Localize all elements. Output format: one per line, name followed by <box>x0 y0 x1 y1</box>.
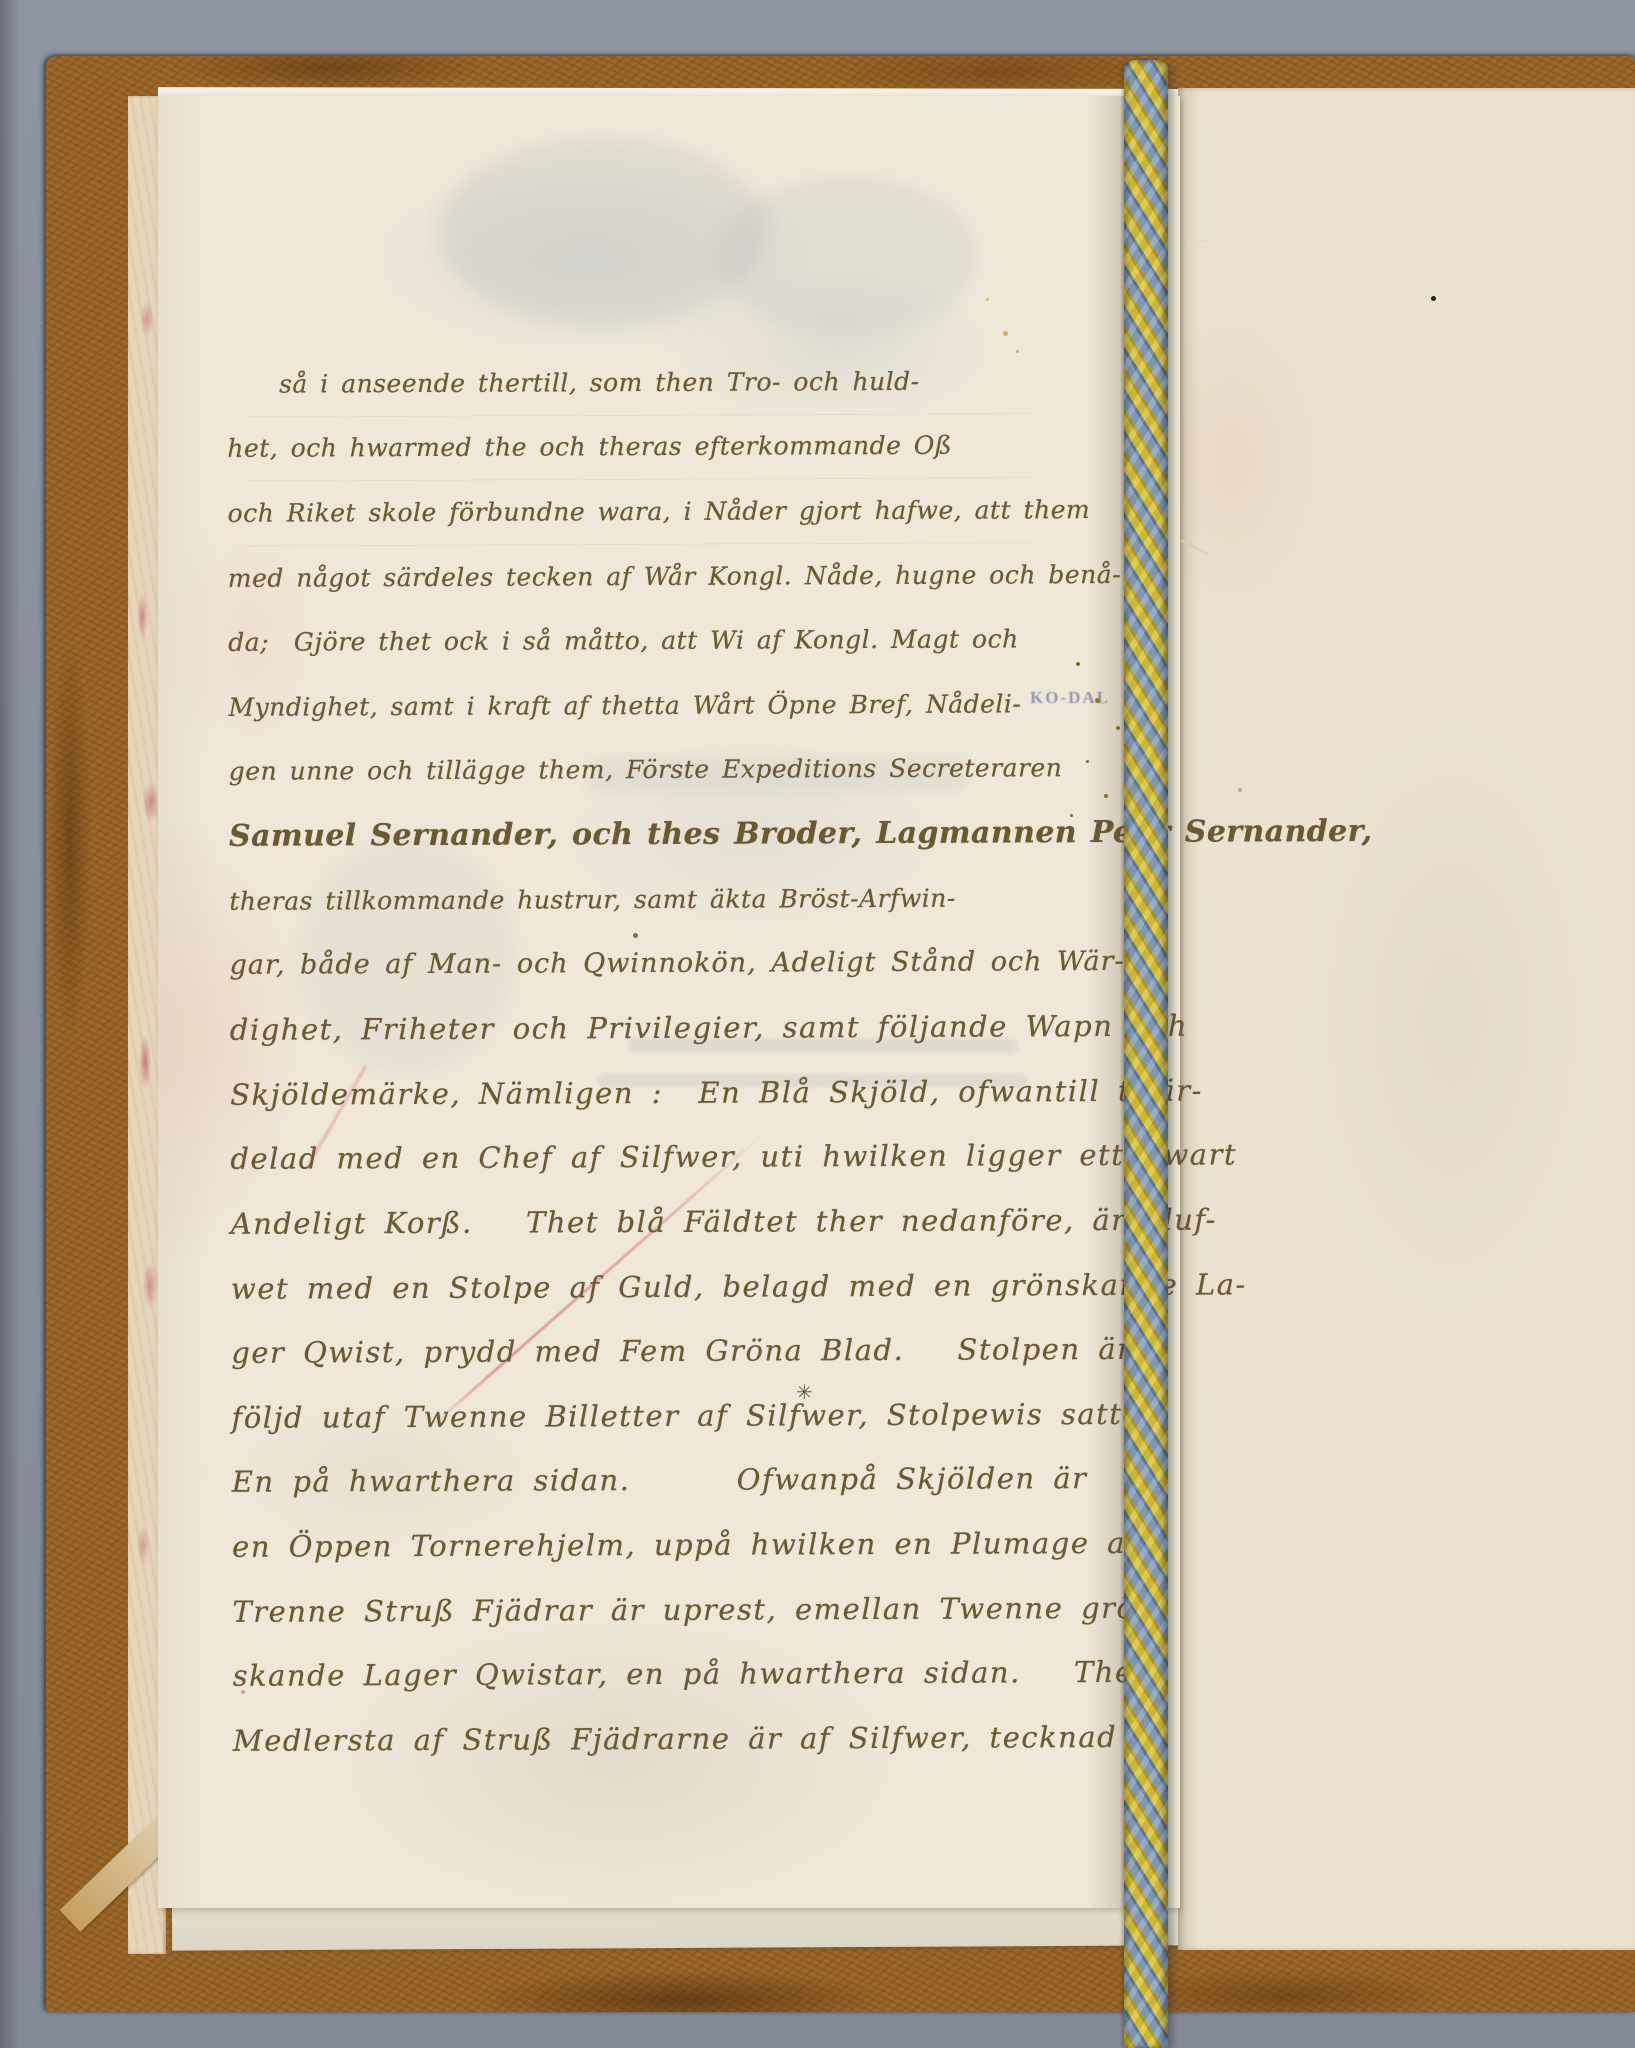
manuscript-line: Trenne Struß Fjädrar är uprest, emellan … <box>232 1575 1062 1643</box>
manuscript-line: Myndighet, samt i kraft af thetta Wårt Ö… <box>228 671 1058 739</box>
foxing-speck <box>1076 662 1080 666</box>
manuscript-line: da; Gjöre thet ock i så måtto, att Wi af… <box>228 607 1058 675</box>
manuscript-line: En på hwarthera sidan. Ofwanpå Skjölden … <box>232 1446 1062 1514</box>
manuscript-line: Andeligt Korß. Thet blå Fäldtet ther ned… <box>231 1188 1061 1256</box>
manuscript-line: med något särdeles tecken af Wår Kongl. … <box>228 542 1058 610</box>
foxing-speck <box>986 298 989 301</box>
manuscript-line: Skjöldemärke, Nämligen : En Blå Skjöld, … <box>230 1059 1060 1127</box>
manuscript-line: följd utaf Twenne Billetter af Silfwer, … <box>231 1382 1061 1450</box>
scan-shadow-left <box>0 0 20 2048</box>
showthrough-blob <box>718 176 978 336</box>
manuscript-line: skande Lager Qwistar, en på hwarthera si… <box>233 1640 1063 1708</box>
manuscript-line: delad med en Chef af Silfwer, uti hwilke… <box>230 1123 1060 1191</box>
manuscript-line: dighet, Friheter och Privilegier, samt f… <box>230 994 1060 1062</box>
manuscript-line: så i anseende thertill, som then Tro- oc… <box>227 348 1057 416</box>
manuscript-line: theras tillkommande hustrur, samt äkta B… <box>229 865 1059 933</box>
manuscript-line: het, och hwarmed the och theras efterkom… <box>227 413 1057 481</box>
manuscript-line: Samuel Sernander, och thes Broder, Lagma… <box>229 800 1059 868</box>
insertion-mark: ✳ <box>796 1380 813 1404</box>
manuscript-line: och Riket skole förbundne wara, i Nåder … <box>227 477 1057 545</box>
showthrough-blob <box>438 136 768 326</box>
facing-page <box>1178 88 1635 1950</box>
red-speck <box>1238 788 1242 792</box>
manuscript-line: ger Qwist, prydd med Fem Gröna Blad. Sto… <box>231 1317 1061 1385</box>
cord-braid-texture <box>1124 60 1168 2048</box>
bookmark-cord <box>1124 60 1168 2048</box>
manuscript-line: wet med en Stolpe af Guld, belagd med en… <box>231 1252 1061 1320</box>
manuscript-line: en Öppen Tornerehjelm, uppå hwilken en P… <box>232 1511 1062 1579</box>
manuscript-line: gar, både af Man- och Qwinnokön, Adeligt… <box>229 930 1059 998</box>
foxing-speck <box>1003 331 1008 336</box>
ink-speck <box>1431 296 1436 301</box>
manuscript-line: gen unne och tillägge them, Förste Exped… <box>229 736 1059 804</box>
manuscript-page: KO-DAL så i anseende thertill, som then … <box>158 96 1180 1908</box>
manuscript-text: så i anseende thertill, som then Tro- oc… <box>227 348 1063 1773</box>
gutter-shadow <box>1086 96 1126 1908</box>
manuscript-line: Medlersta af Struß Fjädrarne är af Silfw… <box>233 1705 1063 1773</box>
manuscript-photo: KO-DAL så i anseende thertill, som then … <box>0 0 1635 2048</box>
